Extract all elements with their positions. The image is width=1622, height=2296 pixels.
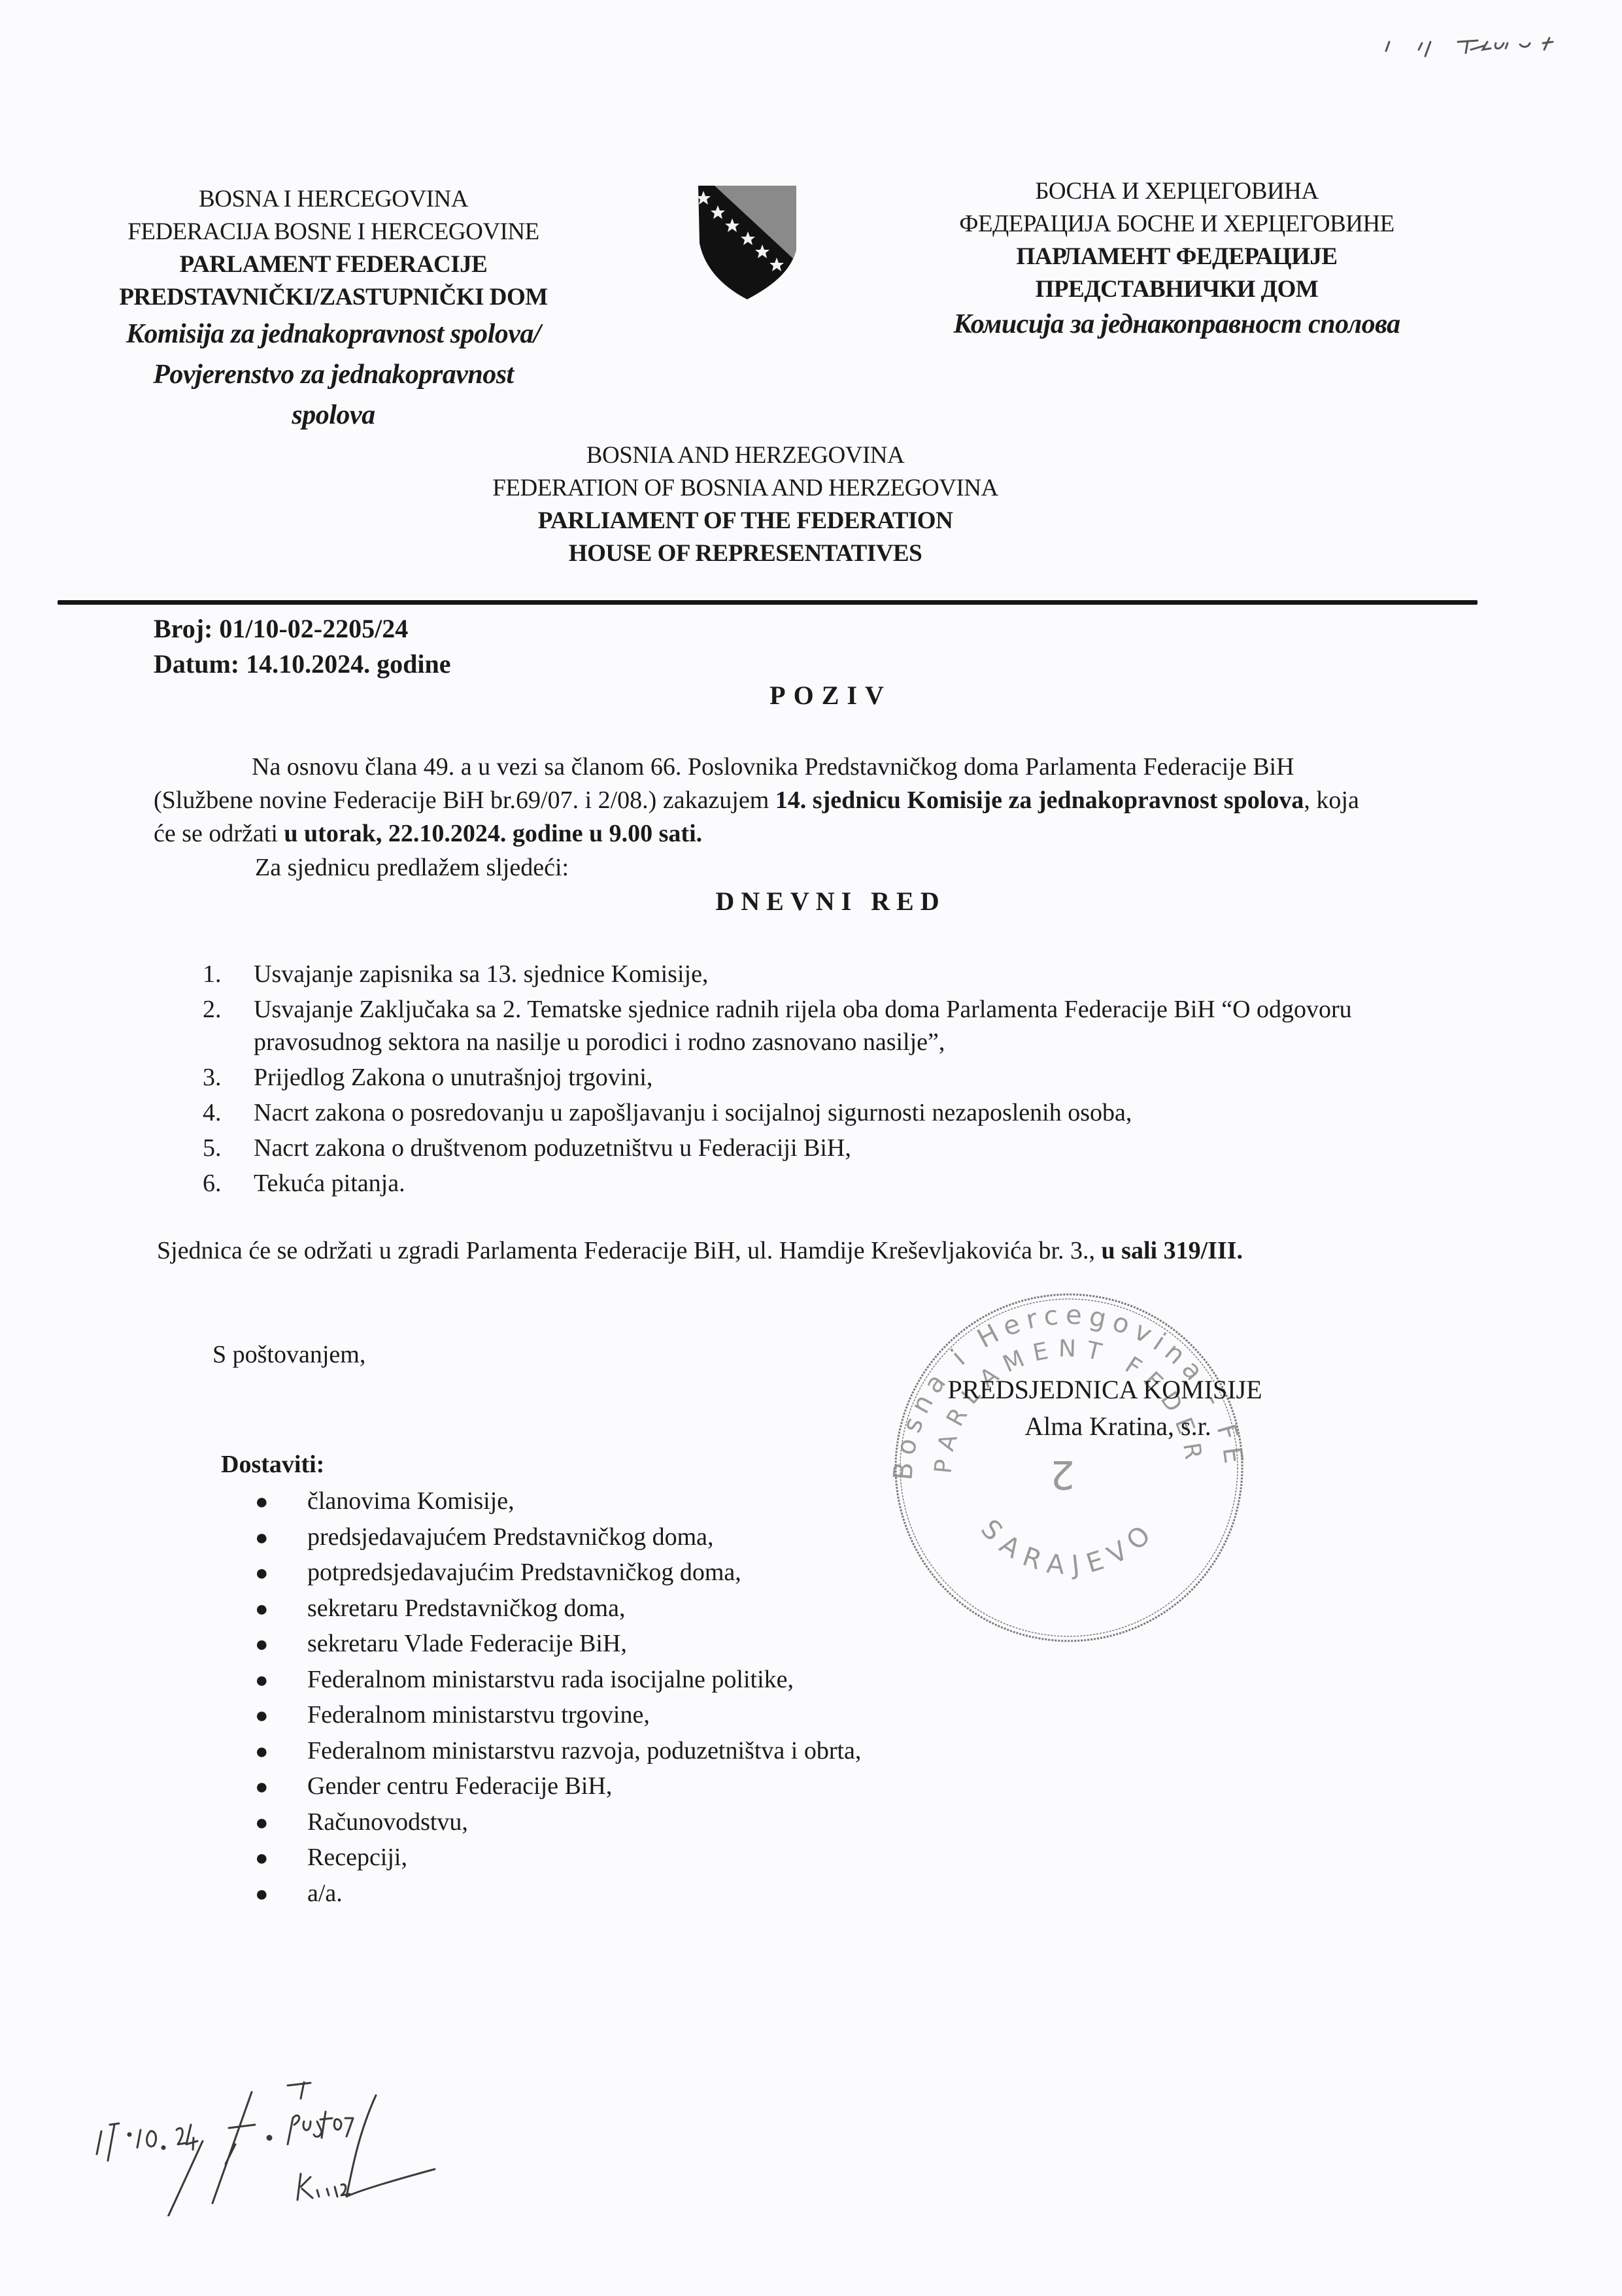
svg-text:SARAJEVO: SARAJEVO bbox=[975, 1514, 1163, 1581]
header-line: PARLAMENT FEDERACIJE bbox=[72, 248, 595, 281]
coat-of-arms-icon bbox=[685, 178, 809, 302]
bullet-icon: ● bbox=[255, 1485, 307, 1520]
signatory-name: Alma Kratina, s.r. bbox=[902, 1408, 1308, 1445]
recipient-item: ●a/a. bbox=[255, 1876, 861, 1912]
session-name: 14. sjednicu Komisije za jednakopravnost… bbox=[775, 786, 1304, 814]
header-line: BOSNA I HERCEGOVINA bbox=[72, 183, 595, 216]
header-commission: Povjerenstvo za jednakopravnost bbox=[72, 354, 595, 395]
recipient-item: ●Računovodstvu, bbox=[255, 1805, 861, 1841]
bullet-icon: ● bbox=[255, 1806, 307, 1841]
agenda-item: 6.Tekuća pitanja. bbox=[203, 1167, 1379, 1200]
recipient-item: ●Federalnom ministarstvu razvoja, poduze… bbox=[255, 1734, 861, 1770]
recipient-item: ●članovima Komisije, bbox=[255, 1484, 861, 1520]
agenda-list: 1.Usvajanje zapisnika sa 13. sjednice Ko… bbox=[203, 958, 1379, 1202]
bullet-icon: ● bbox=[255, 1734, 307, 1770]
agenda-title: DNEVNI RED bbox=[0, 886, 1622, 917]
recipient-item: ●Recepciji, bbox=[255, 1840, 861, 1876]
bullet-icon: ● bbox=[255, 1663, 307, 1698]
agenda-intro: Za sjednicu predlažem sljedeći: bbox=[255, 853, 569, 882]
header-line: BOSNIA AND HERZEGOVINA bbox=[418, 439, 1072, 472]
bullet-icon: ● bbox=[255, 1627, 307, 1663]
distribution-label: Dostaviti: bbox=[221, 1450, 324, 1479]
header-line: FEDERATION OF BOSNIA AND HERZEGOVINA bbox=[418, 472, 1072, 505]
bullet-icon: ● bbox=[255, 1521, 307, 1556]
header-latin: BOSNA I HERCEGOVINA FEDERACIJA BOSNE I H… bbox=[72, 183, 595, 435]
recipient-item: ●Gender centru Federacije BiH, bbox=[255, 1769, 861, 1805]
header-line: FEDERACIJA BOSNE I HERCEGOVINE bbox=[72, 216, 595, 248]
header-commission: Комисија за једнакоправност сполова bbox=[870, 306, 1484, 343]
signature-block: PREDSJEDNICA KOMISIJE Alma Kratina, s.r. bbox=[902, 1372, 1308, 1445]
agenda-item: 2.Usvajanje Zaključaka sa 2. Tematske sj… bbox=[203, 993, 1379, 1058]
greeting: S poštovanjem, bbox=[212, 1340, 365, 1369]
recipient-item: ●sekretaru Vlade Federacije BiH, bbox=[255, 1627, 861, 1663]
header-line: ФЕДЕРАЦИЈА БОСНЕ И ХЕРЦЕГОВИНЕ bbox=[870, 208, 1484, 241]
official-stamp-icon: Bosna i Hercegovina - FEDERACIJA BOSNE I… bbox=[866, 1285, 1272, 1651]
session-location: Sjednica će se održati u zgradi Parlamen… bbox=[157, 1234, 1334, 1268]
session-datetime: u utorak, 22.10.2024. godine u 9.00 sati… bbox=[284, 820, 702, 847]
bullet-icon: ● bbox=[255, 1841, 307, 1876]
distribution-list: ●članovima Komisije, ●predsjedavajućem P… bbox=[255, 1484, 861, 1912]
document-title: POZIV bbox=[0, 680, 1622, 711]
svg-text:2: 2 bbox=[1050, 1451, 1075, 1497]
header-line: БОСНА И ХЕРЦЕГОВИНА bbox=[870, 175, 1484, 208]
header-line: PARLIAMENT OF THE FEDERATION bbox=[418, 505, 1072, 537]
header-english: BOSNIA AND HERZEGOVINA FEDERATION OF BOS… bbox=[418, 439, 1072, 570]
header-line: ПАРЛАМЕНТ ФЕДЕРАЦИЈЕ bbox=[870, 241, 1484, 273]
recipient-item: ●Federalnom ministarstvu rada isocijalne… bbox=[255, 1663, 861, 1698]
handwritten-top-note bbox=[1353, 24, 1569, 63]
recipient-item: ●sekretaru Predstavničkog doma, bbox=[255, 1591, 861, 1627]
document-meta: Broj: 01/10-02-2205/24 Datum: 14.10.2024… bbox=[154, 611, 450, 682]
header-cyrillic: БОСНА И ХЕРЦЕГОВИНА ФЕДЕРАЦИЈА БОСНЕ И Х… bbox=[870, 175, 1484, 343]
bullet-icon: ● bbox=[255, 1556, 307, 1591]
handwritten-bottom-note bbox=[78, 2033, 641, 2216]
header-commission: Komisija za jednakopravnost spolova/ bbox=[72, 314, 595, 354]
document-page: BOSNA I HERCEGOVINA FEDERACIJA BOSNE I H… bbox=[0, 0, 1622, 2296]
agenda-item: 1.Usvajanje zapisnika sa 13. sjednice Ko… bbox=[203, 958, 1379, 990]
agenda-item: 3.Prijedlog Zakona o unutrašnjoj trgovin… bbox=[203, 1061, 1379, 1094]
recipient-item: ●Federalnom ministarstvu trgovine, bbox=[255, 1698, 861, 1734]
recipient-item: ●predsjedavajućem Predstavničkog doma, bbox=[255, 1520, 861, 1556]
header-line: ПРЕДСТАВНИЧКИ ДОМ bbox=[870, 273, 1484, 306]
agenda-item: 4.Nacrt zakona o posredovanju u zapošlja… bbox=[203, 1096, 1379, 1129]
session-room: u sali 319/III. bbox=[1102, 1237, 1243, 1264]
bullet-icon: ● bbox=[255, 1592, 307, 1627]
document-date: Datum: 14.10.2024. godine bbox=[154, 647, 450, 682]
agenda-item: 5.Nacrt zakona o društvenom poduzetništv… bbox=[203, 1132, 1379, 1164]
invitation-paragraph: Na osnovu člana 49. a u vezi sa članom 6… bbox=[154, 751, 1383, 851]
signatory-title: PREDSJEDNICA KOMISIJE bbox=[902, 1372, 1308, 1408]
bullet-icon: ● bbox=[255, 1877, 307, 1912]
bullet-icon: ● bbox=[255, 1770, 307, 1805]
header-line: PREDSTAVNIČKI/ZASTUPNIČKI DOM bbox=[72, 281, 595, 314]
recipient-item: ●potpredsjedavajućim Predstavničkog doma… bbox=[255, 1555, 861, 1591]
header-divider bbox=[58, 600, 1478, 605]
header-commission: spolova bbox=[72, 395, 595, 435]
header-line: HOUSE OF REPRESENTATIVES bbox=[418, 537, 1072, 570]
bullet-icon: ● bbox=[255, 1698, 307, 1734]
reference-number: Broj: 01/10-02-2205/24 bbox=[154, 611, 450, 647]
